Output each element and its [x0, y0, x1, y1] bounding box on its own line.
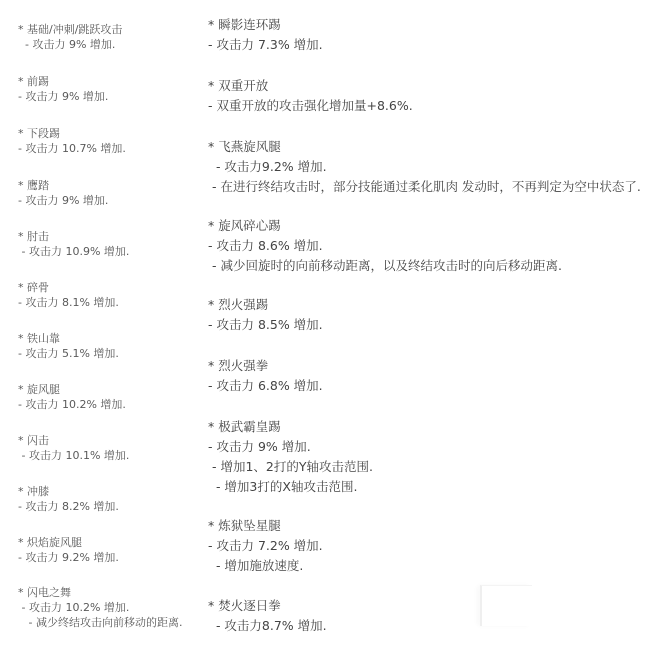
skill-effect-line: - 攻击力 6.8% 增加. — [208, 376, 323, 396]
skill-effect-line: - 减少回旋时的向前移动距离，以及终结攻击时的向后移动距离. — [208, 256, 562, 276]
skill-name: * 双重开放 — [208, 76, 413, 96]
right-skill-entry: * 瞬影连环踢- 攻击力 7.3% 增加. — [208, 15, 323, 55]
left-skill-entry: * 肘击 - 攻击力 10.9% 增加. — [18, 229, 129, 259]
left-skill-entry: * 炽焰旋风腿- 攻击力 9.2% 增加. — [18, 535, 119, 565]
skill-effect-line: - 双重开放的攻击强化增加量+8.6%. — [208, 96, 413, 116]
skill-name: * 基础/冲刺/跳跃攻击 — [18, 22, 122, 37]
skill-name: * 鹰踏 — [18, 178, 108, 193]
skill-effect-line: - 攻击力 10.1% 增加. — [18, 448, 129, 463]
skill-name: * 炼狱坠星腿 — [208, 516, 323, 536]
right-skill-entry: * 双重开放- 双重开放的攻击强化增加量+8.6%. — [208, 76, 413, 116]
skill-name: * 冲膝 — [18, 484, 119, 499]
skill-effect-line: - 攻击力 7.3% 增加. — [208, 35, 323, 55]
skill-effect-line: - 攻击力 9% 增加. — [18, 193, 108, 208]
skill-effect-line: - 攻击力 5.1% 增加. — [18, 346, 119, 361]
skill-effect-line: - 攻击力 8.1% 增加. — [18, 295, 119, 310]
left-skill-entry: * 前踢- 攻击力 9% 增加. — [18, 74, 108, 104]
left-skill-entry: * 鹰踏- 攻击力 9% 增加. — [18, 178, 108, 208]
skill-name: * 烈火强拳 — [208, 356, 323, 376]
left-skill-entry: * 碎骨- 攻击力 8.1% 增加. — [18, 280, 119, 310]
left-skill-entry: * 闪击 - 攻击力 10.1% 增加. — [18, 433, 129, 463]
skill-name: * 旋风腿 — [18, 382, 126, 397]
left-skill-entry: * 基础/冲刺/跳跃攻击 - 攻击力 9% 增加. — [18, 22, 122, 52]
skill-effect-line: - 增加1、2打的Y轴攻击范围. — [208, 457, 373, 477]
skill-effect-line: - 攻击力 10.7% 增加. — [18, 141, 126, 156]
skill-name: * 下段踢 — [18, 126, 126, 141]
skill-name: * 碎骨 — [18, 280, 119, 295]
left-skill-entry: * 冲膝- 攻击力 8.2% 增加. — [18, 484, 119, 514]
skill-effect-line: - 增加3打的X轴攻击范围. — [208, 477, 373, 497]
skill-effect-line: - 攻击力 8.6% 增加. — [208, 236, 562, 256]
skill-effect-line: - 攻击力 10.9% 增加. — [18, 244, 129, 259]
skill-effect-line: - 攻击力8.7% 增加. — [208, 616, 327, 636]
skill-name: * 闪电之舞 — [18, 585, 182, 600]
skill-name: * 旋风碎心踢 — [208, 216, 562, 236]
skill-effect-line: - 减少终结攻击向前移动的距离. — [18, 615, 182, 630]
right-skill-entry: * 烈火强踢- 攻击力 8.5% 增加. — [208, 295, 323, 335]
skill-name: * 铁山靠 — [18, 331, 119, 346]
left-skill-entry: * 铁山靠- 攻击力 5.1% 增加. — [18, 331, 119, 361]
skill-effect-line: - 攻击力9.2% 增加. — [208, 157, 641, 177]
skill-name: * 炽焰旋风腿 — [18, 535, 119, 550]
skill-name: * 闪击 — [18, 433, 129, 448]
right-skill-entry: * 飞燕旋风腿 - 攻击力9.2% 增加. - 在进行终结攻击时，部分技能通过柔… — [208, 137, 641, 197]
right-skill-entry: * 烈火强拳- 攻击力 6.8% 增加. — [208, 356, 323, 396]
skill-effect-line: - 攻击力 8.5% 增加. — [208, 315, 323, 335]
skill-name: * 瞬影连环踢 — [208, 15, 323, 35]
skill-effect-line: - 攻击力 7.2% 增加. — [208, 536, 323, 556]
left-skill-entry: * 下段踢- 攻击力 10.7% 增加. — [18, 126, 126, 156]
skill-effect-line: - 在进行终结攻击时，部分技能通过柔化肌肉 发动时，不再判定为空中状态了. — [208, 177, 641, 197]
left-skill-entry: * 旋风腿- 攻击力 10.2% 增加. — [18, 382, 126, 412]
right-skill-entry: * 炼狱坠星腿- 攻击力 7.2% 增加. - 增加施放速度. — [208, 516, 323, 576]
skill-name: * 前踢 — [18, 74, 108, 89]
skill-effect-line: - 攻击力 9% 增加. — [18, 89, 108, 104]
left-skill-entry: * 闪电之舞 - 攻击力 10.2% 增加. - 减少终结攻击向前移动的距离. — [18, 585, 182, 630]
skill-name: * 焚火逐日拳 — [208, 596, 327, 616]
skill-effect-line: - 攻击力 10.2% 增加. — [18, 397, 126, 412]
skill-effect-line: - 攻击力 9% 增加. — [18, 37, 122, 52]
skill-effect-line: - 攻击力 10.2% 增加. — [18, 600, 182, 615]
skill-effect-line: - 攻击力 8.2% 增加. — [18, 499, 119, 514]
right-skill-entry: * 极武霸皇踢- 攻击力 9% 增加. - 增加1、2打的Y轴攻击范围. - 增… — [208, 417, 373, 497]
skill-effect-line: - 增加施放速度. — [208, 556, 323, 576]
skill-name: * 飞燕旋风腿 — [208, 137, 641, 157]
skill-name: * 烈火强踢 — [208, 295, 323, 315]
skill-name: * 肘击 — [18, 229, 129, 244]
right-skill-entry: * 旋风碎心踢- 攻击力 8.6% 增加. - 减少回旋时的向前移动距离，以及终… — [208, 216, 562, 276]
skill-effect-line: - 攻击力 9% 增加. — [208, 437, 373, 457]
watermark-shape — [480, 585, 532, 626]
right-skill-entry: * 焚火逐日拳 - 攻击力8.7% 增加. — [208, 596, 327, 636]
skill-name: * 极武霸皇踢 — [208, 417, 373, 437]
skill-effect-line: - 攻击力 9.2% 增加. — [18, 550, 119, 565]
